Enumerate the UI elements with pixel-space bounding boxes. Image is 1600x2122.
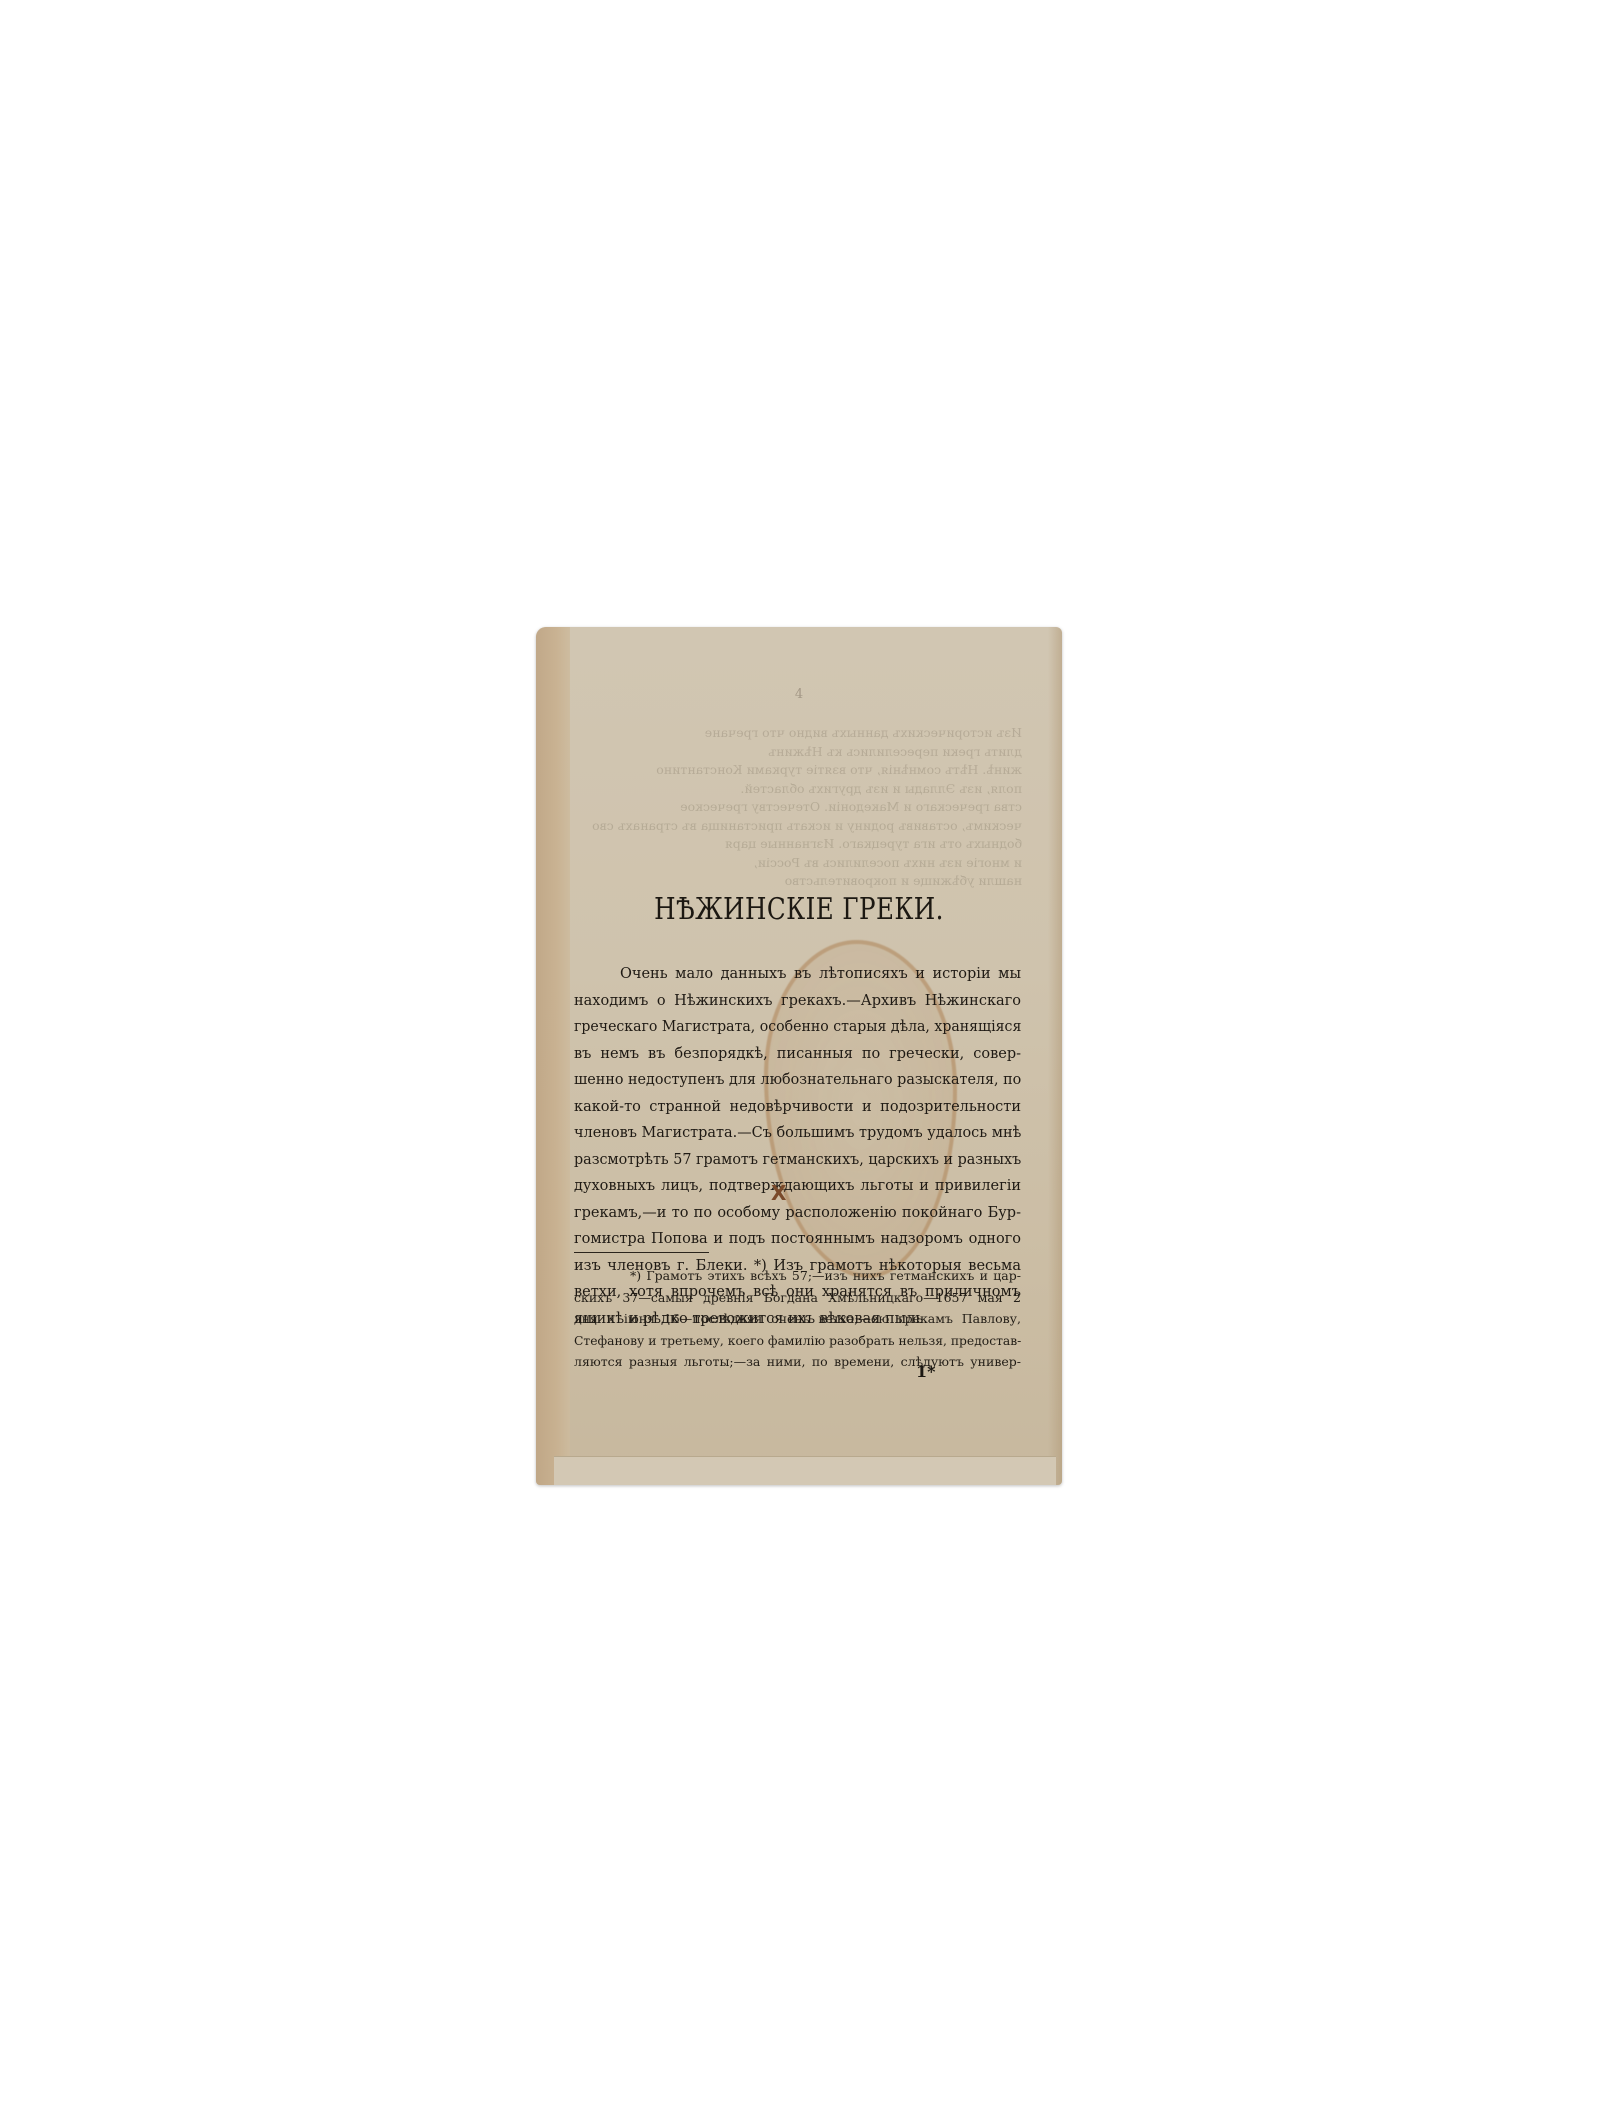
page-title: НѢЖИНСКІЕ ГРЕКИ. <box>583 892 1014 927</box>
showthrough-reverse-text: Изъ историческихъ данныхъ видно что греч… <box>586 724 1022 891</box>
page-bottom-fold <box>554 1456 1056 1485</box>
page-spine-discoloration <box>536 627 570 1485</box>
body-line: въ немъ въ безпорядкѣ, писанныя по грече… <box>574 1041 1021 1068</box>
footnote-line: ляются разныя льготы;—за ними, по времен… <box>574 1351 1021 1373</box>
footnote-line: скихъ 37—самыя древнія Богдана Хмѣльницк… <box>574 1287 1021 1309</box>
footnote-line: Стефанову и третьему, коего фамилію разо… <box>574 1330 1021 1352</box>
body-line: греческаго Магистрата, особенно старыя д… <box>574 1014 1021 1041</box>
body-line: гомистра Попова и подъ постояннымъ надзо… <box>574 1226 1021 1253</box>
body-line: разсмотрѣть 57 грамотъ гетманскихъ, царс… <box>574 1147 1021 1174</box>
book-page: 4 Изъ историческихъ данныхъ видно что гр… <box>536 627 1062 1485</box>
body-line: духовныхъ лицъ, подтверждающихъ льготы и… <box>574 1173 1021 1200</box>
body-line: находимъ о Нѣжинскихъ грекахъ.—Архивъ Нѣ… <box>574 988 1021 1015</box>
body-line: шенно недоступенъ для любознательнаго ра… <box>574 1067 1021 1094</box>
footnote-divider <box>574 1252 709 1253</box>
page-right-edge-wear <box>1048 627 1062 1485</box>
footnote-line: дня и іюня 16—послѣдняя очень ветха;—ею … <box>574 1308 1021 1330</box>
body-line: членовъ Магистрата.—Съ большимъ трудомъ … <box>574 1120 1021 1147</box>
footnote-line: *) Грамотъ этихъ всѣхъ 57;—изъ нихъ гетм… <box>574 1265 1021 1287</box>
body-line: какой-то странной недовѣрчивости и подоз… <box>574 1094 1021 1121</box>
signature-mark: 1* <box>916 1362 936 1381</box>
footnote: *) Грамотъ этихъ всѣхъ 57;—изъ нихъ гетм… <box>574 1265 1021 1373</box>
body-line: Очень мало данныхъ въ лѣтописяхъ и истор… <box>574 961 1021 988</box>
body-line: грекамъ,—и то по особому расположенію по… <box>574 1200 1021 1227</box>
showthrough-page-number: 4 <box>536 687 1062 702</box>
handwritten-x-mark: X <box>771 1181 786 1205</box>
